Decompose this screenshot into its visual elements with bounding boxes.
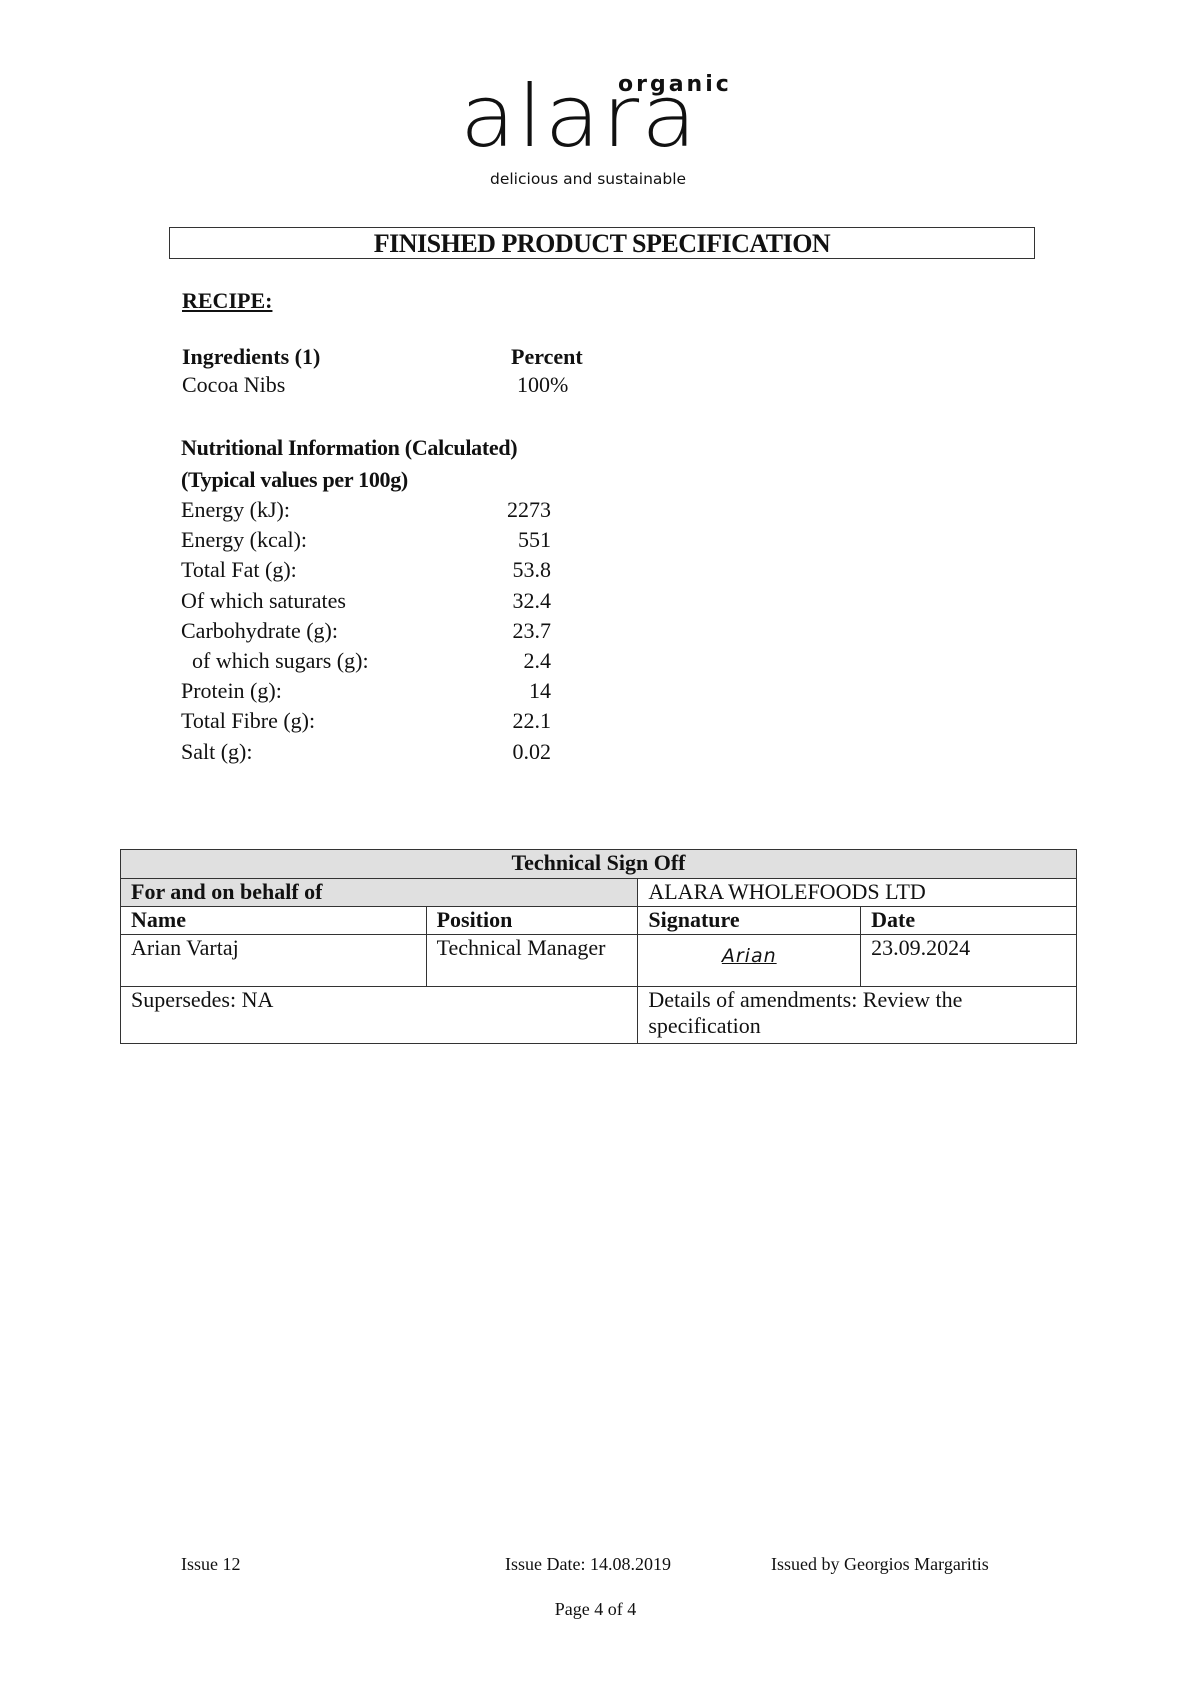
ingredient-percent: 100% bbox=[517, 372, 568, 398]
nutrition-row: Carbohydrate (g):23.7 bbox=[181, 618, 551, 648]
footer-issue: Issue 12 bbox=[181, 1554, 241, 1575]
nutrition-value: 2273 bbox=[507, 497, 551, 523]
nutrition-label: Protein (g): bbox=[181, 678, 282, 704]
signer-name: Arian Vartaj bbox=[121, 935, 427, 987]
nutrition-label: Total Fibre (g): bbox=[181, 708, 315, 734]
percent-header: Percent bbox=[511, 344, 583, 370]
ingredients-header: Ingredients (1) bbox=[182, 344, 320, 370]
behalf-value: ALARA WHOLEFOODS LTD bbox=[638, 879, 1077, 907]
recipe-heading: RECIPE: bbox=[182, 288, 272, 314]
nutrition-value: 2.4 bbox=[524, 648, 552, 674]
company-logo: organic alara delicious and sustainable bbox=[460, 72, 740, 192]
signature: Arian bbox=[722, 943, 777, 969]
nutrition-label: Total Fat (g): bbox=[181, 557, 297, 583]
nutrition-label: Salt (g): bbox=[181, 739, 253, 765]
nutrition-value: 32.4 bbox=[513, 588, 552, 614]
page-number: Page 4 of 4 bbox=[0, 1599, 1191, 1620]
header-date: Date bbox=[861, 907, 1077, 935]
nutrition-value: 551 bbox=[518, 527, 551, 553]
nutrition-row: Total Fat (g):53.8 bbox=[181, 557, 551, 587]
nutrition-value: 14 bbox=[529, 678, 551, 704]
signer-position: Technical Manager bbox=[426, 935, 638, 987]
nutrition-label: Carbohydrate (g): bbox=[181, 618, 338, 644]
nutrition-value: 22.1 bbox=[513, 708, 552, 734]
sign-date: 23.09.2024 bbox=[861, 935, 1077, 987]
nutrition-subheading: (Typical values per 100g) bbox=[181, 467, 408, 493]
behalf-label: For and on behalf of bbox=[121, 879, 638, 907]
supersedes: Supersedes: NA bbox=[121, 987, 638, 1044]
amendments: Details of amendments: Review the specif… bbox=[638, 987, 1077, 1044]
nutrition-row: Energy (kJ):2273 bbox=[181, 497, 551, 527]
nutrition-row: Protein (g):14 bbox=[181, 678, 551, 708]
signature-cell: Arian bbox=[638, 935, 861, 987]
nutrition-value: 23.7 bbox=[513, 618, 552, 644]
header-signature: Signature bbox=[638, 907, 861, 935]
document-title-box: FINISHED PRODUCT SPECIFICATION bbox=[169, 227, 1035, 259]
nutrition-row: of which sugars (g):2.4 bbox=[181, 648, 551, 678]
nutrition-label: Energy (kcal): bbox=[181, 527, 307, 553]
header-position: Position bbox=[426, 907, 638, 935]
footer-issued-by: Issued by Georgios Margaritis bbox=[771, 1554, 989, 1575]
nutrition-label: Energy (kJ): bbox=[181, 497, 290, 523]
document-title: FINISHED PRODUCT SPECIFICATION bbox=[374, 229, 830, 258]
nutrition-label: of which sugars (g): bbox=[181, 648, 369, 674]
nutrition-row: Energy (kcal):551 bbox=[181, 527, 551, 557]
nutrition-value: 0.02 bbox=[513, 739, 552, 765]
nutrition-row: Of which saturates32.4 bbox=[181, 588, 551, 618]
nutrition-row: Total Fibre (g):22.1 bbox=[181, 708, 551, 738]
footer-issue-date: Issue Date: 14.08.2019 bbox=[505, 1554, 671, 1575]
nutrition-value: 53.8 bbox=[513, 557, 552, 583]
logo-tagline: delicious and sustainable bbox=[490, 170, 686, 188]
header-name: Name bbox=[121, 907, 427, 935]
nutrition-row: Salt (g):0.02 bbox=[181, 739, 551, 769]
signoff-title: Technical Sign Off bbox=[121, 850, 1077, 879]
nutrition-heading: Nutritional Information (Calculated) bbox=[181, 435, 517, 461]
ingredient-name: Cocoa Nibs bbox=[182, 372, 285, 398]
technical-signoff-table: Technical Sign Off For and on behalf of … bbox=[120, 849, 1077, 1044]
nutrition-label: Of which saturates bbox=[181, 588, 346, 614]
logo-brand: alara bbox=[460, 74, 699, 160]
